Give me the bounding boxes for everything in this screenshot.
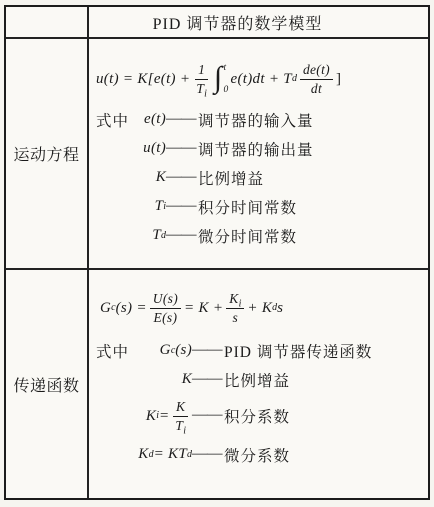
definition-line: K —— 比例增益 bbox=[96, 163, 424, 192]
definition-symbol: e(t) bbox=[136, 111, 166, 128]
definition-dash: —— bbox=[166, 197, 196, 215]
definition-dash: —— bbox=[192, 445, 222, 463]
transfer-definitions: 式中 Gc(s) —— PID 调节器传递函数 K —— 比例增益 Ki = K… bbox=[96, 336, 424, 471]
fraction-one-over-Ti: 1 Ti bbox=[193, 62, 210, 96]
transfer-label: 传递函数 bbox=[13, 373, 79, 396]
definition-desc: 微分系数 bbox=[224, 444, 290, 466]
integral: ∫ t 0 bbox=[214, 63, 229, 95]
definition-symbol: u(t) bbox=[96, 140, 166, 157]
motion-formula: u(t) = K[e(t) + 1 Ti ∫ t 0 e(t)dt + Td d… bbox=[96, 53, 424, 105]
definition-desc: 比例增益 bbox=[198, 167, 264, 189]
definition-line: Ki = K Ti —— 积分系数 bbox=[96, 394, 424, 438]
definition-desc: 微分时间常数 bbox=[198, 225, 297, 247]
definition-desc: 调节器的输入量 bbox=[198, 109, 314, 131]
fraction-numerator: K bbox=[173, 399, 188, 417]
definition-dash: —— bbox=[192, 370, 222, 388]
definition-line: 式中 e(t) —— 调节器的输入量 bbox=[96, 105, 424, 134]
definition-symbol: Kd = KTd bbox=[96, 446, 192, 463]
fraction-derivative: de(t) dt bbox=[300, 62, 333, 96]
definition-dash: —— bbox=[166, 110, 196, 128]
formula-segment: + K bbox=[247, 300, 272, 317]
fraction-numerator: Ki bbox=[226, 291, 244, 309]
definition-line: Td —— 微分时间常数 bbox=[96, 221, 424, 250]
row-label-motion-equation: 运动方程 bbox=[6, 37, 87, 268]
motion-content-cell: u(t) = K[e(t) + 1 Ti ∫ t 0 e(t)dt + Td d… bbox=[87, 37, 428, 268]
definition-dash: —— bbox=[166, 139, 196, 157]
definition-symbol: Td bbox=[96, 227, 166, 244]
definition-symbol: Gc(s) bbox=[136, 342, 192, 359]
formula-segment: u(t) = K[e(t) + bbox=[96, 71, 190, 88]
formula-segment: G bbox=[100, 300, 111, 317]
definition-desc: PID 调节器传递函数 bbox=[224, 340, 372, 362]
formula-segment: s bbox=[277, 300, 283, 317]
definition-line: Ti —— 积分时间常数 bbox=[96, 192, 424, 221]
definition-symbol: Ti bbox=[96, 198, 166, 215]
fraction-numerator: U(s) bbox=[150, 291, 181, 309]
definition-line: u(t) —— 调节器的输出量 bbox=[96, 134, 424, 163]
fraction-denominator: s bbox=[230, 309, 242, 326]
definition-symbol: K bbox=[96, 371, 192, 388]
table-header-cell: PID 调节器的数学模型 bbox=[87, 7, 428, 37]
where-label: 式中 bbox=[96, 340, 136, 362]
motion-definitions: 式中 e(t) —— 调节器的输入量 u(t) —— 调节器的输出量 K —— … bbox=[96, 105, 424, 250]
definition-desc: 积分时间常数 bbox=[198, 196, 297, 218]
definition-dash: —— bbox=[166, 226, 196, 244]
integral-limits: t 0 bbox=[223, 63, 228, 95]
transfer-formula: Gc(s) = U(s) E(s) = K + Ki s + Kds bbox=[100, 280, 424, 336]
table-title: PID 调节器的数学模型 bbox=[153, 11, 323, 34]
header-empty-cell bbox=[6, 7, 87, 37]
integral-sign: ∫ bbox=[214, 63, 223, 93]
row-label-transfer-function: 传递函数 bbox=[6, 268, 87, 498]
fraction-denominator: Ti bbox=[172, 417, 189, 434]
definition-desc: 积分系数 bbox=[224, 405, 290, 427]
definition-desc: 比例增益 bbox=[224, 369, 290, 391]
fraction-numerator: de(t) bbox=[300, 62, 333, 80]
fraction-Ki-over-s: Ki s bbox=[226, 291, 244, 325]
definition-dash: —— bbox=[192, 341, 222, 359]
fraction-numerator: 1 bbox=[195, 62, 208, 80]
pid-model-table: PID 调节器的数学模型 运动方程 u(t) = K[e(t) + 1 Ti ∫… bbox=[4, 5, 430, 500]
definition-line: K —— 比例增益 bbox=[96, 365, 424, 394]
fraction-K-over-Ti: K Ti bbox=[172, 399, 189, 433]
formula-segment: e(t)dt + T bbox=[231, 71, 292, 88]
fraction-denominator: E(s) bbox=[151, 309, 181, 326]
definition-desc: 调节器的输出量 bbox=[198, 138, 314, 160]
definition-dash: —— bbox=[166, 168, 196, 186]
definition-line: Kd = KTd —— 微分系数 bbox=[96, 438, 424, 471]
definition-symbol: K bbox=[96, 169, 166, 186]
formula-segment: (s) = bbox=[116, 300, 147, 317]
integral-lower-limit: 0 bbox=[223, 85, 228, 95]
definition-dash: —— bbox=[192, 406, 222, 424]
closing-bracket: ] bbox=[336, 71, 341, 88]
formula-segment: = K + bbox=[184, 300, 223, 317]
fraction-denominator: dt bbox=[308, 80, 325, 97]
fraction-denominator: Ti bbox=[193, 80, 210, 97]
fraction-Us-over-Es: U(s) E(s) bbox=[150, 291, 181, 325]
where-label: 式中 bbox=[96, 109, 136, 131]
definition-symbol: Ki = K Ti bbox=[96, 399, 192, 433]
motion-label: 运动方程 bbox=[13, 142, 79, 165]
integral-upper-limit: t bbox=[223, 63, 228, 73]
definition-line: 式中 Gc(s) —— PID 调节器传递函数 bbox=[96, 336, 424, 365]
transfer-content-cell: Gc(s) = U(s) E(s) = K + Ki s + Kds 式中 Gc… bbox=[87, 268, 428, 498]
